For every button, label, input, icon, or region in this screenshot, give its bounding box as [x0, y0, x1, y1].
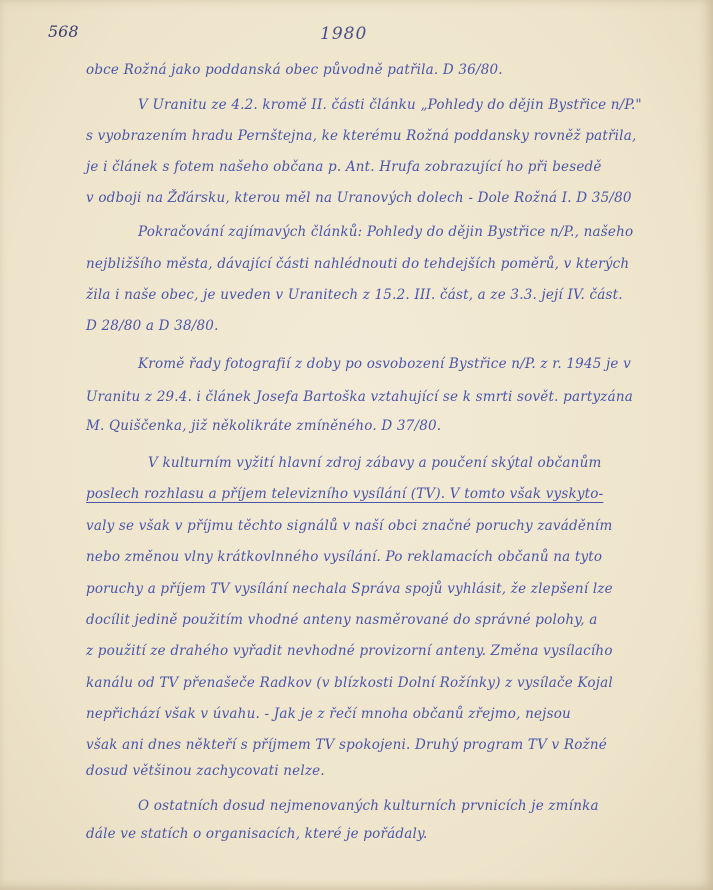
page-number: 568: [48, 22, 79, 41]
text-line: v odboji na Žďársku, kterou měl na Urano…: [86, 190, 632, 206]
text-line: dále ve statích o organisacích, které je…: [86, 826, 427, 842]
text-line: V Uranitu ze 4.2. kromě II. části článku…: [138, 97, 642, 113]
text-line: Pokračování zajímavých článků: Pohledy d…: [138, 224, 633, 240]
text-line: s vyobrazením hradu Pernštejna, ke které…: [86, 128, 636, 144]
text-line: dosud většinou zachycovati nelze.: [86, 763, 325, 779]
text-line: O ostatních dosud nejmenovaných kulturní…: [138, 798, 599, 814]
text-line: žila i naše obec, je uveden v Uranitech …: [86, 287, 623, 303]
text-line: nejbližšího města, dávající části nahléd…: [86, 256, 629, 272]
text-line: nebo změnou vlny krátkovlnného vysílání.…: [86, 549, 602, 565]
text-line: docílit jedině použitím vhodné anteny na…: [86, 612, 597, 628]
text-line: však ani dnes někteří s příjmem TV spoko…: [86, 737, 607, 753]
text-line: poruchy a příjem TV vysílání nechala Spr…: [86, 581, 613, 597]
text-line: Kromě řady fotografií z doby po osvoboze…: [138, 356, 631, 372]
year-heading: 1980: [320, 24, 367, 44]
text-line: V kulturním vyžití hlavní zdroj zábavy a…: [148, 455, 601, 471]
text-line: obce Rožná jako poddanská obec původně p…: [86, 62, 503, 78]
text-line: kanálu od TV přenašeče Radkov (v blízkos…: [86, 675, 613, 691]
text-line: M. Quiščenka, již několikráte zmíněného.…: [86, 418, 441, 434]
text-line: valy se však v příjmu těchto signálů v n…: [86, 518, 612, 534]
text-line: nepřichází však v úvahu. - Jak je z řečí…: [86, 706, 571, 722]
text-line: Uranitu z 29.4. i článek Josefa Bartoška…: [86, 389, 633, 405]
chronicle-page: 568 1980 obce Rožná jako poddanská obec …: [0, 0, 713, 890]
underlined-text-line: poslech rozhlasu a příjem televizního vy…: [86, 486, 603, 502]
text-line: je i článek s fotem našeho občana p. Ant…: [86, 159, 602, 175]
text-line: D 28/80 a D 38/80.: [86, 318, 219, 334]
text-line: z použití ze drahého vyřadit nevhodné pr…: [86, 643, 613, 659]
